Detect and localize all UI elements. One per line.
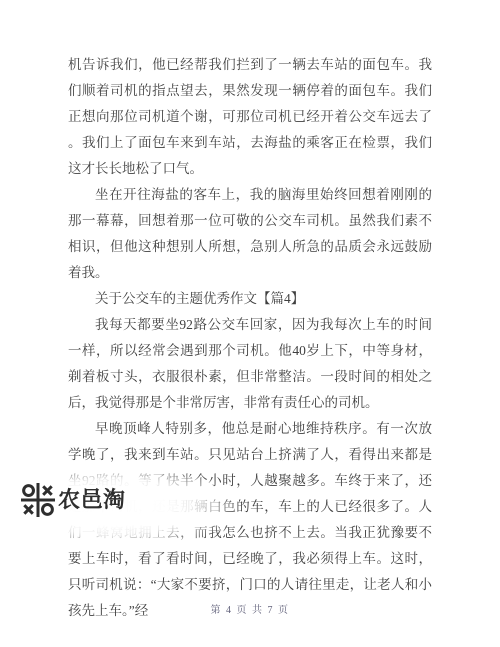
tictactoe-grid-icon: [21, 483, 55, 517]
section-heading: 关于公交车的主题优秀作文【篇4】: [68, 286, 432, 312]
document-page: 机告诉我们，他已经帮我们拦到了一辆去车站的面包车。我们顺着司机的指点望去，果然发…: [0, 0, 500, 647]
paragraph: 我每天都要坐92路公交车回家，因为我每次上车的时间一样，所以经常会遇到那个司机。…: [68, 312, 432, 416]
page-number-indicator: 第 4 页 共 7 页: [0, 601, 500, 616]
watermark: 农邑淘: [21, 483, 126, 517]
paragraph: 机告诉我们，他已经帮我们拦到了一辆去车站的面包车。我们顺着司机的指点望去，果然发…: [68, 52, 432, 182]
watermark-brand-text: 农邑淘: [58, 489, 126, 511]
document-body: 机告诉我们，他已经帮我们拦到了一辆去车站的面包车。我们顺着司机的指点望去，果然发…: [68, 52, 432, 624]
paragraph: 早晚顶峰人特别多，他总是耐心地维持秩序。有一次放学晚了，我来到车站。只见站台上挤…: [68, 416, 432, 624]
paragraph: 坐在开往海盐的客车上，我的脑海里始终回想着刚刚的那一幕幕，回想着那一位可敬的公交…: [68, 182, 432, 286]
